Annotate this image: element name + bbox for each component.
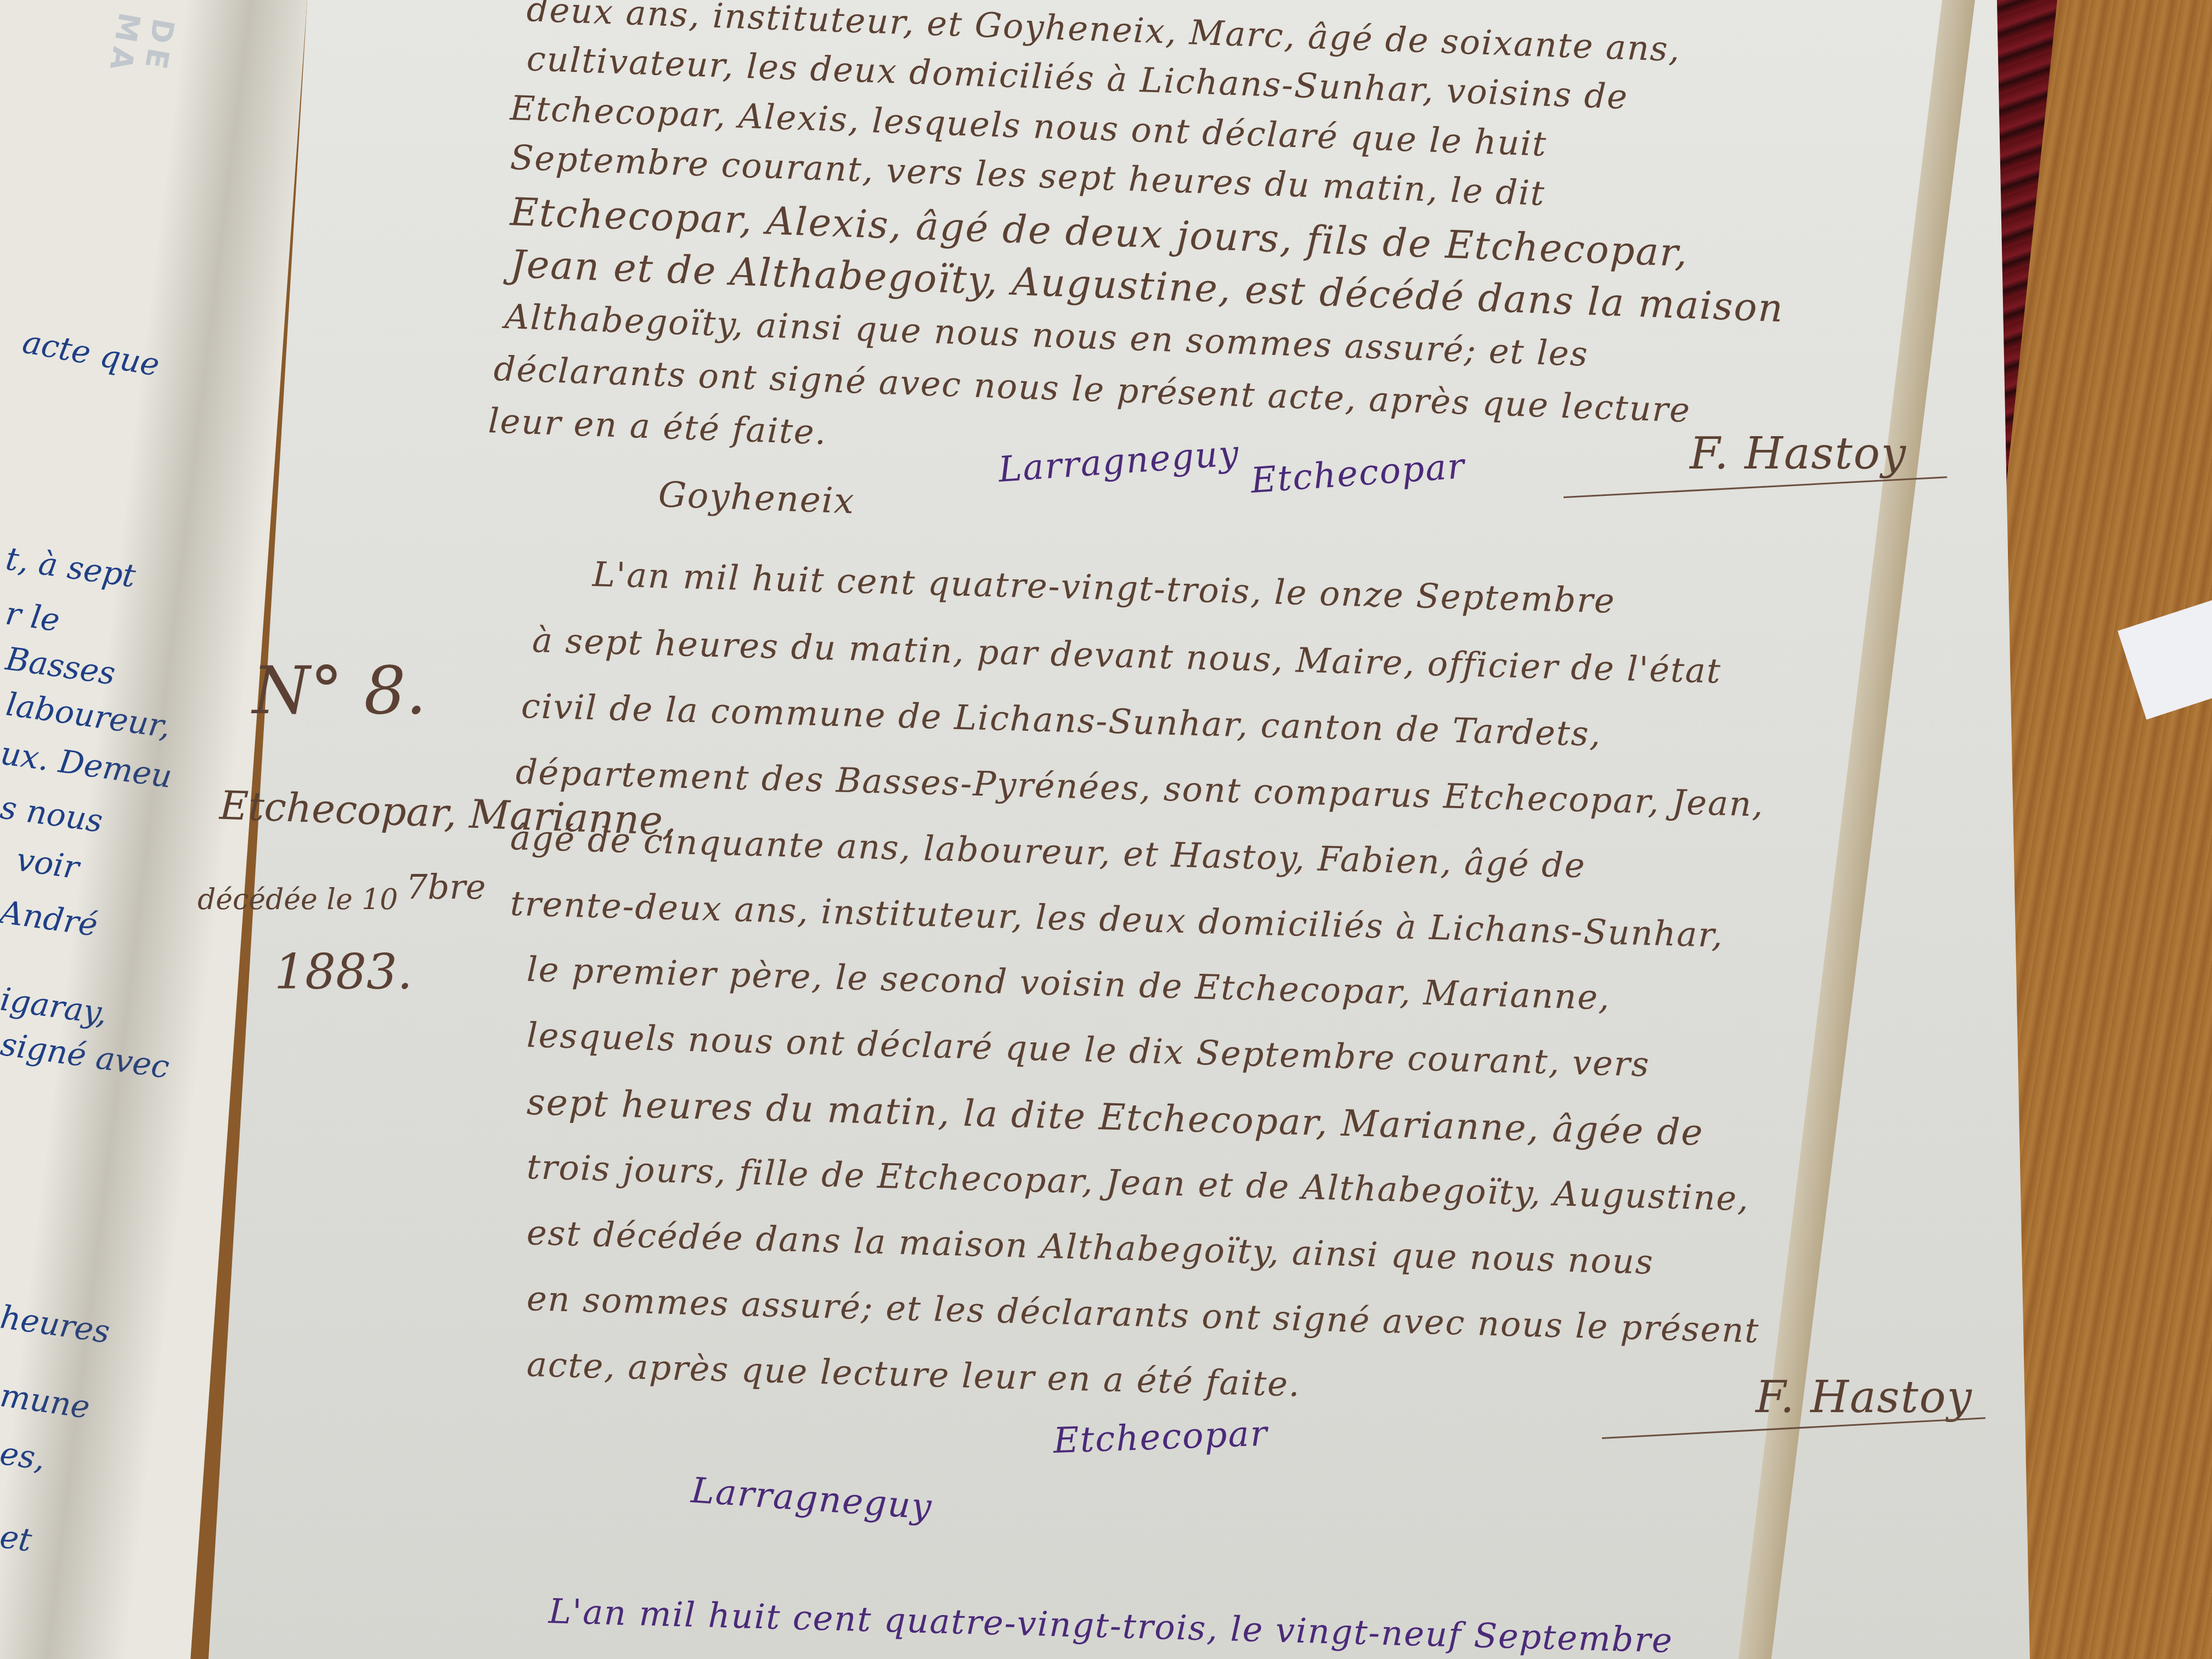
- signature-hastoy-mayor: F. Hastoy: [1690, 428, 1907, 479]
- signature-etchecopar: Etchecopar: [1053, 1413, 1269, 1462]
- record-number: N° 8.: [252, 653, 427, 729]
- death-date-note: décédée le 10: [198, 883, 398, 916]
- faded-printed-header: DE MA: [91, 10, 181, 146]
- signature-goyheneix: Goyheneix: [658, 475, 856, 522]
- left-page-fragment: Basses: [3, 640, 117, 692]
- left-page-fragment: voir: [14, 840, 81, 886]
- signature-hastoy-mayor: F. Hastoy: [1756, 1372, 1973, 1423]
- wooden-table: [2002, 0, 2212, 1659]
- death-year: 1883.: [274, 944, 413, 1000]
- death-month: 7bre: [406, 867, 486, 907]
- left-page-fragment: r le: [3, 594, 63, 639]
